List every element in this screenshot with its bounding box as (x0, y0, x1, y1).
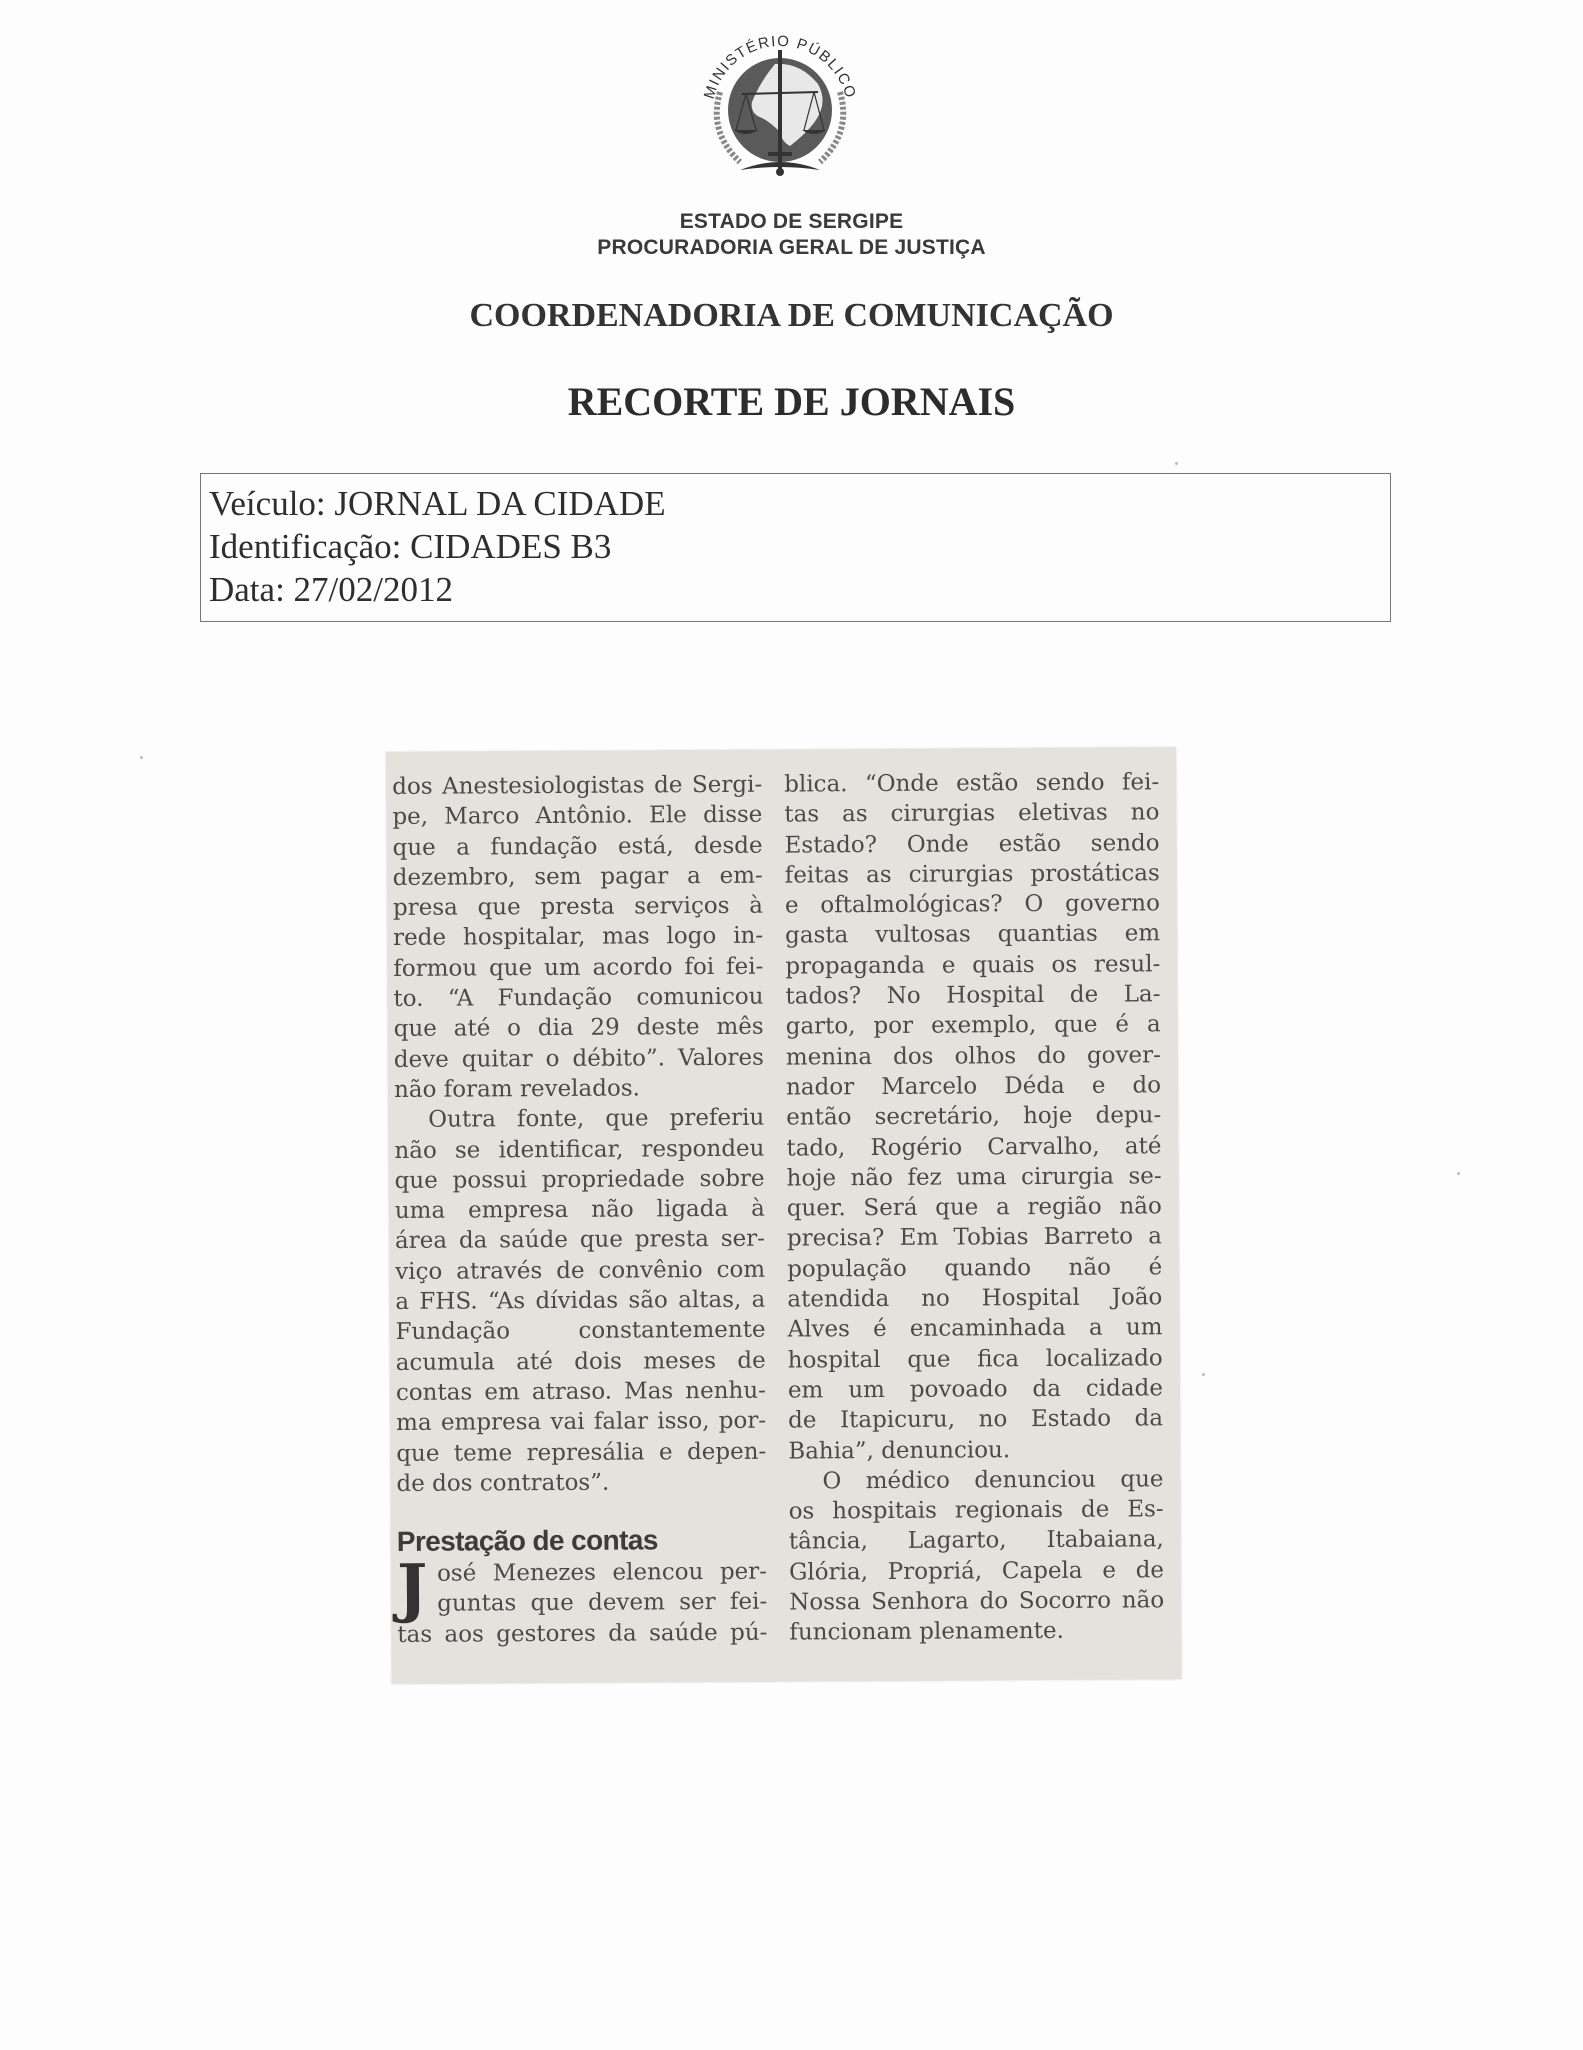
scan-speck (1202, 1373, 1205, 1376)
text-line: Nossa Senhora do Socorro não (789, 1585, 1164, 1618)
text-line: Fundação constantemente (395, 1315, 765, 1348)
text-line: não se identificar, respondeu (394, 1133, 764, 1166)
text-line: hoje não fez uma cirurgia se- (787, 1161, 1162, 1194)
text-line: área da saúde que presta ser- (395, 1224, 765, 1257)
state-name: ESTADO DE SERGIPE (0, 210, 1583, 234)
vehicle-field: Veículo: JORNAL DA CIDADE (209, 482, 1390, 525)
text-line: contas em atraso. Mas nenhu- (396, 1376, 766, 1409)
article-column-right: blica. “Onde estão sendo fei- tas as cir… (784, 767, 1164, 1648)
clipping-info-box: Veículo: JORNAL DA CIDADE Identificação:… (200, 473, 1391, 622)
department-title: COORDENADORIA DE COMUNICAÇÃO (0, 297, 1583, 335)
identification-field: Identificação: CIDADES B3 (209, 525, 1390, 568)
text-line: presa que presta serviços à (393, 891, 763, 924)
text-line: Bahia”, denunciou. (788, 1434, 1163, 1467)
text-line: população quando não é (787, 1252, 1162, 1285)
text-line: que até o dia 29 deste mês (394, 1012, 764, 1045)
text-line: guntas que devem ser fei- (437, 1587, 767, 1619)
text-line: Alves é encaminhada a um (787, 1313, 1162, 1346)
paragraph: Outra fonte, que preferiu não se identif… (394, 1103, 766, 1499)
text-line: viço através de convênio com (395, 1254, 765, 1287)
text-line: funcionam plenamente. (789, 1616, 1164, 1649)
scan-speck (1175, 462, 1178, 465)
ministerio-publico-seal: MINISTÉRIO PÚBLICO (690, 22, 870, 192)
text-line: em um povoado da cidade (788, 1373, 1163, 1406)
text-line: a FHS. “As dívidas são altas, a (395, 1285, 765, 1318)
text-line: menina dos olhos do gover- (786, 1040, 1161, 1073)
drop-cap-letter: J (397, 1559, 428, 1619)
text-line: gasta vultosas quantias em (785, 919, 1160, 952)
text-line: atendida no Hospital João (787, 1282, 1162, 1315)
scales-of-justice-icon: MINISTÉRIO PÚBLICO (690, 22, 870, 192)
text-line: Glória, Propriá, Capela e de (789, 1555, 1164, 1588)
text-line: feitas as cirurgias prostáticas (785, 858, 1160, 891)
office-name: PROCURADORIA GERAL DE JUSTIÇA (0, 236, 1583, 260)
text-line: tados? No Hospital de La- (785, 979, 1160, 1012)
section-subheading: Prestação de contas (397, 1523, 767, 1559)
text-line: e oftalmológicas? O governo (785, 888, 1160, 921)
text-line: dos Anestesiologistas de Sergi- (392, 770, 762, 803)
article-column-left: dos Anestesiologistas de Sergi- pe, Marc… (392, 770, 767, 1650)
text-line: Outra fonte, que preferiu (394, 1103, 764, 1136)
text-line: quer. Será que a região não (787, 1191, 1162, 1224)
text-line: dezembro, sem pagar a em- (393, 861, 763, 894)
date-field: Data: 27/02/2012 (209, 568, 1390, 611)
text-line: hospital que fica localizado (788, 1343, 1163, 1376)
scan-speck (140, 756, 143, 759)
text-line: precisa? Em Tobias Barreto a (787, 1222, 1162, 1255)
paragraph: blica. “Onde estão sendo fei- tas as cir… (784, 767, 1163, 1466)
text-line: pe, Marco Antônio. Ele disse (392, 800, 762, 833)
text-line: tas aos gestores da saúde pú- (397, 1617, 767, 1650)
text-line: de Itapicuru, no Estado da (788, 1404, 1163, 1437)
text-line: deve quitar o débito”. Valores (394, 1042, 764, 1075)
text-line: Estado? Onde estão sendo (784, 828, 1159, 861)
text-line: os hospitais regionais de Es- (789, 1494, 1164, 1527)
text-line: O médico denunciou que (788, 1464, 1163, 1497)
text-line: rede hospitalar, mas logo in- (393, 921, 763, 954)
text-line: propaganda e quais os resul- (785, 949, 1160, 982)
text-line: que a fundação está, desde (392, 830, 762, 863)
text-line: nador Marcelo Déda e do (786, 1070, 1161, 1103)
document-title: RECORTE DE JORNAIS (0, 378, 1583, 425)
scan-speck (1457, 1172, 1460, 1175)
text-line: que possui propriedade sobre (395, 1164, 765, 1197)
text-line: tas as cirurgias eletivas no (784, 798, 1159, 831)
text-line: de dos contratos”. (396, 1467, 766, 1500)
text-line: tância, Lagarto, Itabaiana, (789, 1525, 1164, 1558)
paragraph: O médico denunciou que os hospitais regi… (788, 1464, 1164, 1648)
paragraph-with-dropcap: J osé Menezes elencou per- guntas que de… (397, 1557, 768, 1650)
text-line: uma empresa não ligada à (395, 1194, 765, 1227)
text-line: to. “A Fundação comunicou (393, 982, 763, 1015)
text-line: então secretário, hoje depu- (786, 1101, 1161, 1134)
text-line: que teme represália e depen- (396, 1436, 766, 1469)
text-line: não foram revelados. (394, 1073, 764, 1106)
text-line: acumula até dois meses de (396, 1345, 766, 1378)
text-line: ma empresa vai falar isso, por- (396, 1406, 766, 1439)
text-line: blica. “Onde estão sendo fei- (784, 767, 1159, 800)
newspaper-clipping: dos Anestesiologistas de Sergi- pe, Marc… (386, 747, 1182, 1684)
text-line: tado, Rogério Carvalho, até (786, 1131, 1161, 1164)
text-line: formou que um acordo foi fei- (393, 951, 763, 984)
paragraph: dos Anestesiologistas de Sergi- pe, Marc… (392, 770, 764, 1106)
text-line: garto, por exemplo, que é a (786, 1010, 1161, 1043)
text-line: osé Menezes elencou per- (437, 1557, 767, 1589)
